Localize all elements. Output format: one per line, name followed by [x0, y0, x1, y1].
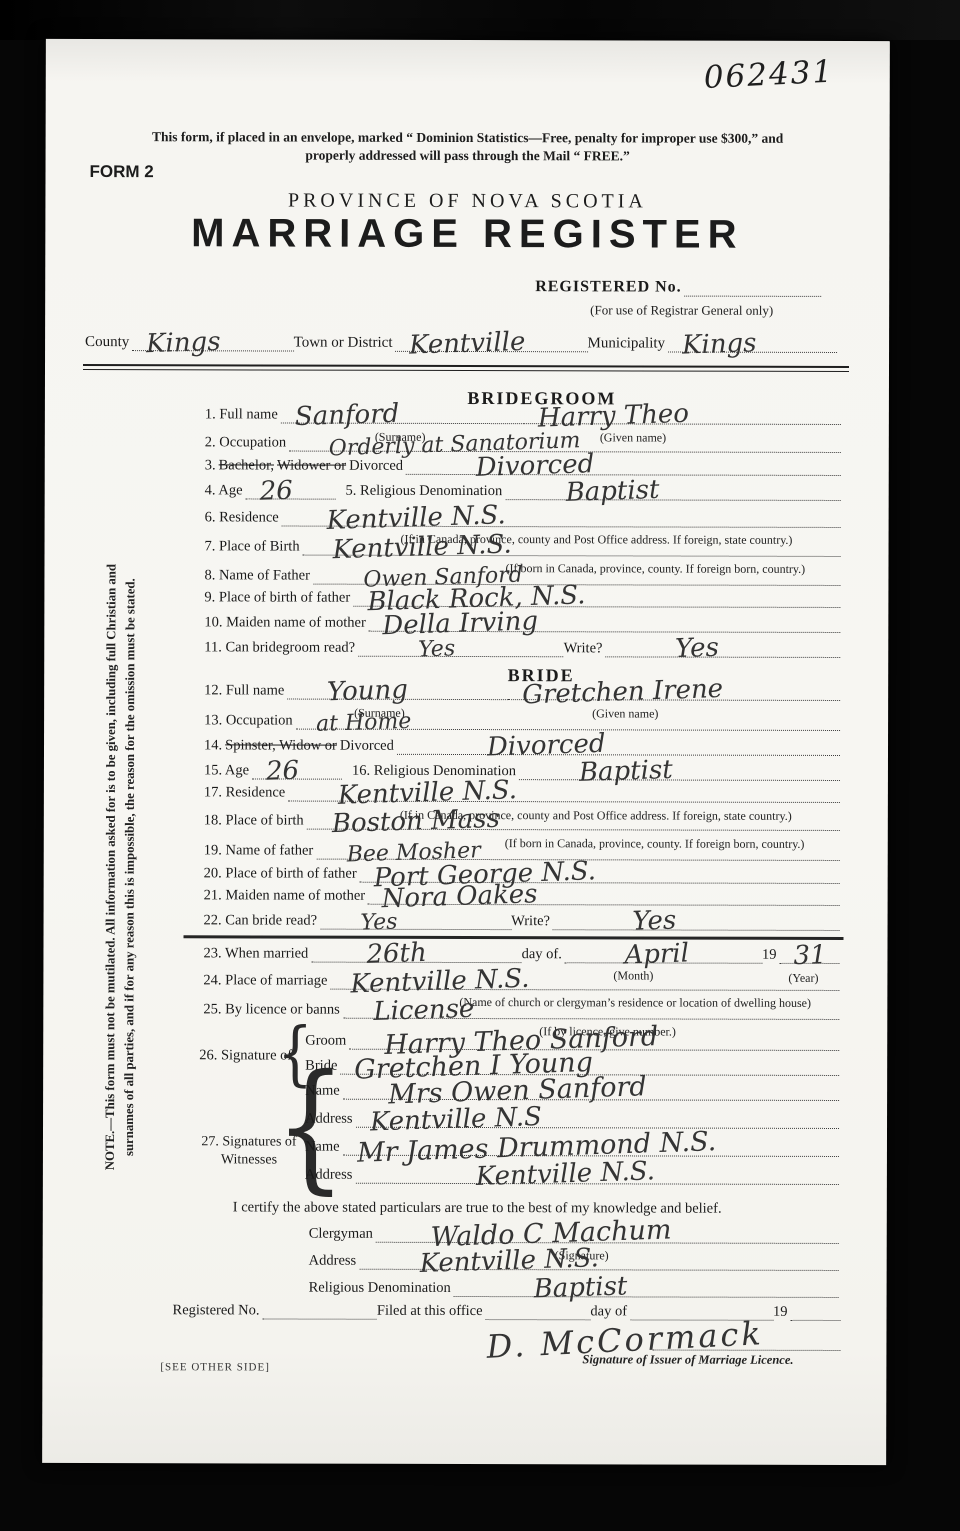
groom-residence-row: 6. Residence Kentville N.S.	[205, 504, 841, 528]
groom-write-value: Yes	[605, 635, 719, 665]
bride-status-line: Divorced	[397, 728, 840, 756]
groom-age-label: 4. Age	[205, 482, 246, 499]
section-divider	[83, 364, 849, 372]
bride-mother-line: Nora Oakes	[368, 878, 840, 906]
bride-write-line: Yes	[553, 903, 840, 931]
clergyman-religion-label: Religious Denomination	[309, 1280, 454, 1297]
bride-read-label: 22. Can bride read?	[204, 912, 321, 929]
bride-status-kept: Divorced	[340, 738, 397, 755]
place-of-marriage-row: 24. Place of marriage Kentville N.S.	[203, 967, 839, 991]
municipality-value: Kings	[668, 330, 757, 359]
groom-write-label: Write?	[564, 640, 606, 657]
location-row: County Kings Town or District Kentville …	[85, 329, 837, 353]
groom-given-value: Harry Theo	[524, 401, 690, 432]
clergyman-religion-row: Religious Denomination Baptist	[309, 1275, 839, 1298]
bride-write-label: Write?	[511, 913, 553, 930]
bride-given-value: Gretchen Irene	[508, 676, 724, 709]
clergyman-religion-line: Baptist	[454, 1270, 839, 1298]
bride-write-value: Yes	[553, 907, 677, 937]
groom-full-name-label: 1. Full name	[205, 406, 281, 423]
groom-father-birthplace-line: Black Rock, N.S.	[353, 580, 840, 608]
bride-father-birthplace-label: 20. Place of birth of father	[204, 865, 360, 882]
clergyman-address-row: Address Kentville N.S.	[309, 1248, 839, 1271]
groom-status-line: Divorced	[406, 448, 841, 476]
groom-birthplace-label: 7. Place of Birth	[205, 538, 303, 555]
town-label: Town or District	[294, 335, 396, 352]
married-year-line: 31	[779, 937, 839, 964]
groom-status-number: 3.	[205, 457, 219, 474]
county-line: Kings	[132, 324, 293, 351]
groom-residence-line: Kentville N.S.	[282, 500, 841, 528]
witness1-address-line: Kentville N.S	[356, 1101, 840, 1129]
groom-surname-value: Sanford	[280, 401, 399, 431]
mail-note-line2: properly addressed will pass through the…	[96, 147, 840, 165]
filing-year-prefix: 19	[773, 1304, 791, 1321]
bride-surname-value: Young	[287, 677, 408, 707]
groom-surname-line: Sanford	[281, 397, 525, 425]
groom-mother-label: 10. Maiden name of mother	[204, 614, 369, 631]
mail-note-line1: This form, if placed in an envelope, mar…	[96, 129, 840, 147]
filing-registered-no-line	[262, 1318, 376, 1319]
clergyman-line: Waldo C Machum	[376, 1215, 839, 1244]
bride-age-label: 15. Age	[204, 762, 252, 779]
groom-father-label: 8. Name of Father	[204, 567, 313, 584]
filing-year-line	[791, 1320, 841, 1321]
registered-no-row: REGISTERED No.	[535, 274, 821, 297]
bride-read-value: Yes	[320, 911, 398, 935]
groom-mother-line: Della Irving	[369, 605, 841, 633]
groom-residence-label: 6. Residence	[205, 509, 282, 526]
bride-read-line: Yes	[320, 907, 511, 931]
groom-birthplace-value: Kentville N.S.	[302, 531, 512, 564]
frame-number: 062431	[703, 54, 835, 96]
witness1-address-label: Address	[305, 1111, 356, 1128]
bride-full-name-row: 12. Full name Young Gretchen Irene	[204, 677, 840, 701]
witness2-address-row: Address Kentville N.S.	[305, 1162, 839, 1185]
groom-read-label: 11. Can bridegroom read?	[204, 639, 358, 656]
groom-father-birthplace-label: 9. Place of birth of father	[204, 589, 353, 606]
county-value: Kings	[132, 329, 221, 358]
see-other-side-note: [SEE OTHER SIDE]	[160, 1361, 270, 1373]
witness1-name-row: Name Mrs Owen Sanford	[305, 1078, 839, 1101]
issuer-signature: D. McCormack	[472, 1318, 763, 1351]
bride-birthplace-row: 18. Place of birth Boston Mass	[204, 807, 840, 831]
clergyman-row: Clergyman Waldo C Machum	[309, 1221, 839, 1244]
filing-registered-no-label: Registered No.	[173, 1302, 263, 1319]
groom-occupation-label: 2. Occupation	[205, 434, 289, 451]
clergyman-address-line: Kentville N.S.	[359, 1243, 839, 1271]
registered-no-label: REGISTERED No.	[535, 278, 685, 296]
bride-residence-label: 17. Residence	[204, 784, 288, 801]
married-day-line: 26th	[311, 936, 521, 964]
town-value: Kentville	[395, 329, 526, 359]
groom-given-line: Harry Theo	[524, 397, 841, 425]
witness2-name-line: Mr James Drummond N.S.	[343, 1128, 839, 1157]
witness2-address-value: Kentville N.S.	[355, 1158, 655, 1194]
registrar-note: (For use of Registrar General only)	[590, 302, 773, 318]
groom-birthplace-row: 7. Place of Birth Kentville N.S.	[205, 533, 841, 557]
bride-birthplace-label: 18. Place of birth	[204, 812, 307, 829]
scanned-page: 062431 This form, if placed in an envelo…	[0, 0, 960, 1531]
licence-line: License	[343, 992, 840, 1020]
groom-age-religion-row: 4. Age 26 5. Religious Denomination Bapt…	[205, 477, 841, 501]
bride-birthplace-line: Boston Mass	[307, 803, 840, 831]
bride-mother-label: 21. Maiden name of mother	[204, 887, 369, 904]
married-month-line: April	[565, 936, 762, 964]
clergyman-address-label: Address	[309, 1253, 360, 1270]
groom-age-line: 26	[246, 472, 336, 499]
municipality-label: Municipality	[588, 335, 669, 352]
bride-occupation-label: 13. Occupation	[204, 712, 296, 729]
bride-surname-line: Young	[287, 673, 508, 701]
form-paper: 062431 This form, if placed in an envelo…	[42, 39, 890, 1465]
county-label: County	[85, 334, 132, 351]
groom-write-line: Yes	[605, 630, 840, 658]
groom-mother-row: 10. Maiden name of mother Della Irving	[204, 609, 840, 633]
form-label: FORM 2	[89, 162, 153, 182]
page-title: MARRIAGE REGISTER	[95, 211, 839, 258]
groom-read-value: Yes	[358, 638, 456, 663]
bride-residence-line: Kentville N.S.	[288, 775, 840, 803]
bride-birthplace-value: Boston Mass	[306, 806, 500, 838]
groom-religion-line: Baptist	[505, 473, 841, 501]
witness1-name-line: Mrs Owen Sanford	[343, 1072, 839, 1101]
sidebar-note: NOTE.—This form must not be mutilated. A…	[101, 555, 147, 1179]
groom-birthplace-line: Kentville N.S.	[303, 529, 841, 557]
groom-full-name-row: 1. Full name Sanford Harry Theo	[205, 401, 841, 425]
bride-residence-row: 17. Residence Kentville N.S.	[204, 779, 840, 803]
witness2-address-label: Address	[305, 1167, 356, 1184]
filing-filed-label: Filed at this office	[377, 1303, 486, 1320]
town-line: Kentville	[396, 325, 588, 353]
groom-read-line: Yes	[358, 634, 564, 658]
witness2-name-label: Name	[305, 1139, 343, 1156]
witness1-address-row: Address Kentville N.S	[305, 1106, 839, 1129]
bride-full-name-label: 12. Full name	[204, 682, 287, 699]
bride-mother-row: 21. Maiden name of mother Nora Oakes	[204, 882, 840, 906]
when-married-label: 23. When married	[203, 945, 311, 962]
place-of-marriage-line: Kentville N.S.	[330, 963, 839, 991]
municipality-line: Kings	[668, 326, 837, 353]
day-of-label: day of.	[522, 946, 565, 963]
bride-status-number: 14.	[204, 737, 225, 754]
year-prefix: 19	[762, 947, 780, 964]
witness2-name-row: Name Mr James Drummond N.S.	[305, 1134, 839, 1157]
clergyman-label: Clergyman	[309, 1226, 376, 1243]
bride-given-line: Gretchen Irene	[508, 673, 840, 701]
witness1-name-label: Name	[305, 1083, 343, 1100]
groom-religion-label: 5. Religious Denomination	[336, 483, 506, 500]
registered-no-line	[685, 296, 822, 297]
province-heading: PROVINCE OF NOVA SCOTIA	[95, 189, 839, 214]
place-of-marriage-label: 24. Place of marriage	[203, 972, 330, 989]
bride-literacy-row: 22. Can bride read? Yes Write? Yes	[204, 907, 840, 931]
groom-status-kept: Divorced	[349, 458, 406, 475]
when-married-row: 23. When married 26th day of. April 19 3…	[203, 940, 839, 964]
licence-label: 25. By licence or banns	[203, 1001, 343, 1018]
witness2-address-line: Kentville N.S.	[355, 1157, 839, 1185]
bride-father-label: 19. Name of father	[204, 842, 317, 859]
issuer-signature-note: Signature of Issuer of Marriage Licence.	[582, 1352, 793, 1368]
groom-literacy-row: 11. Can bridegroom read? Yes Write? Yes	[204, 634, 840, 658]
